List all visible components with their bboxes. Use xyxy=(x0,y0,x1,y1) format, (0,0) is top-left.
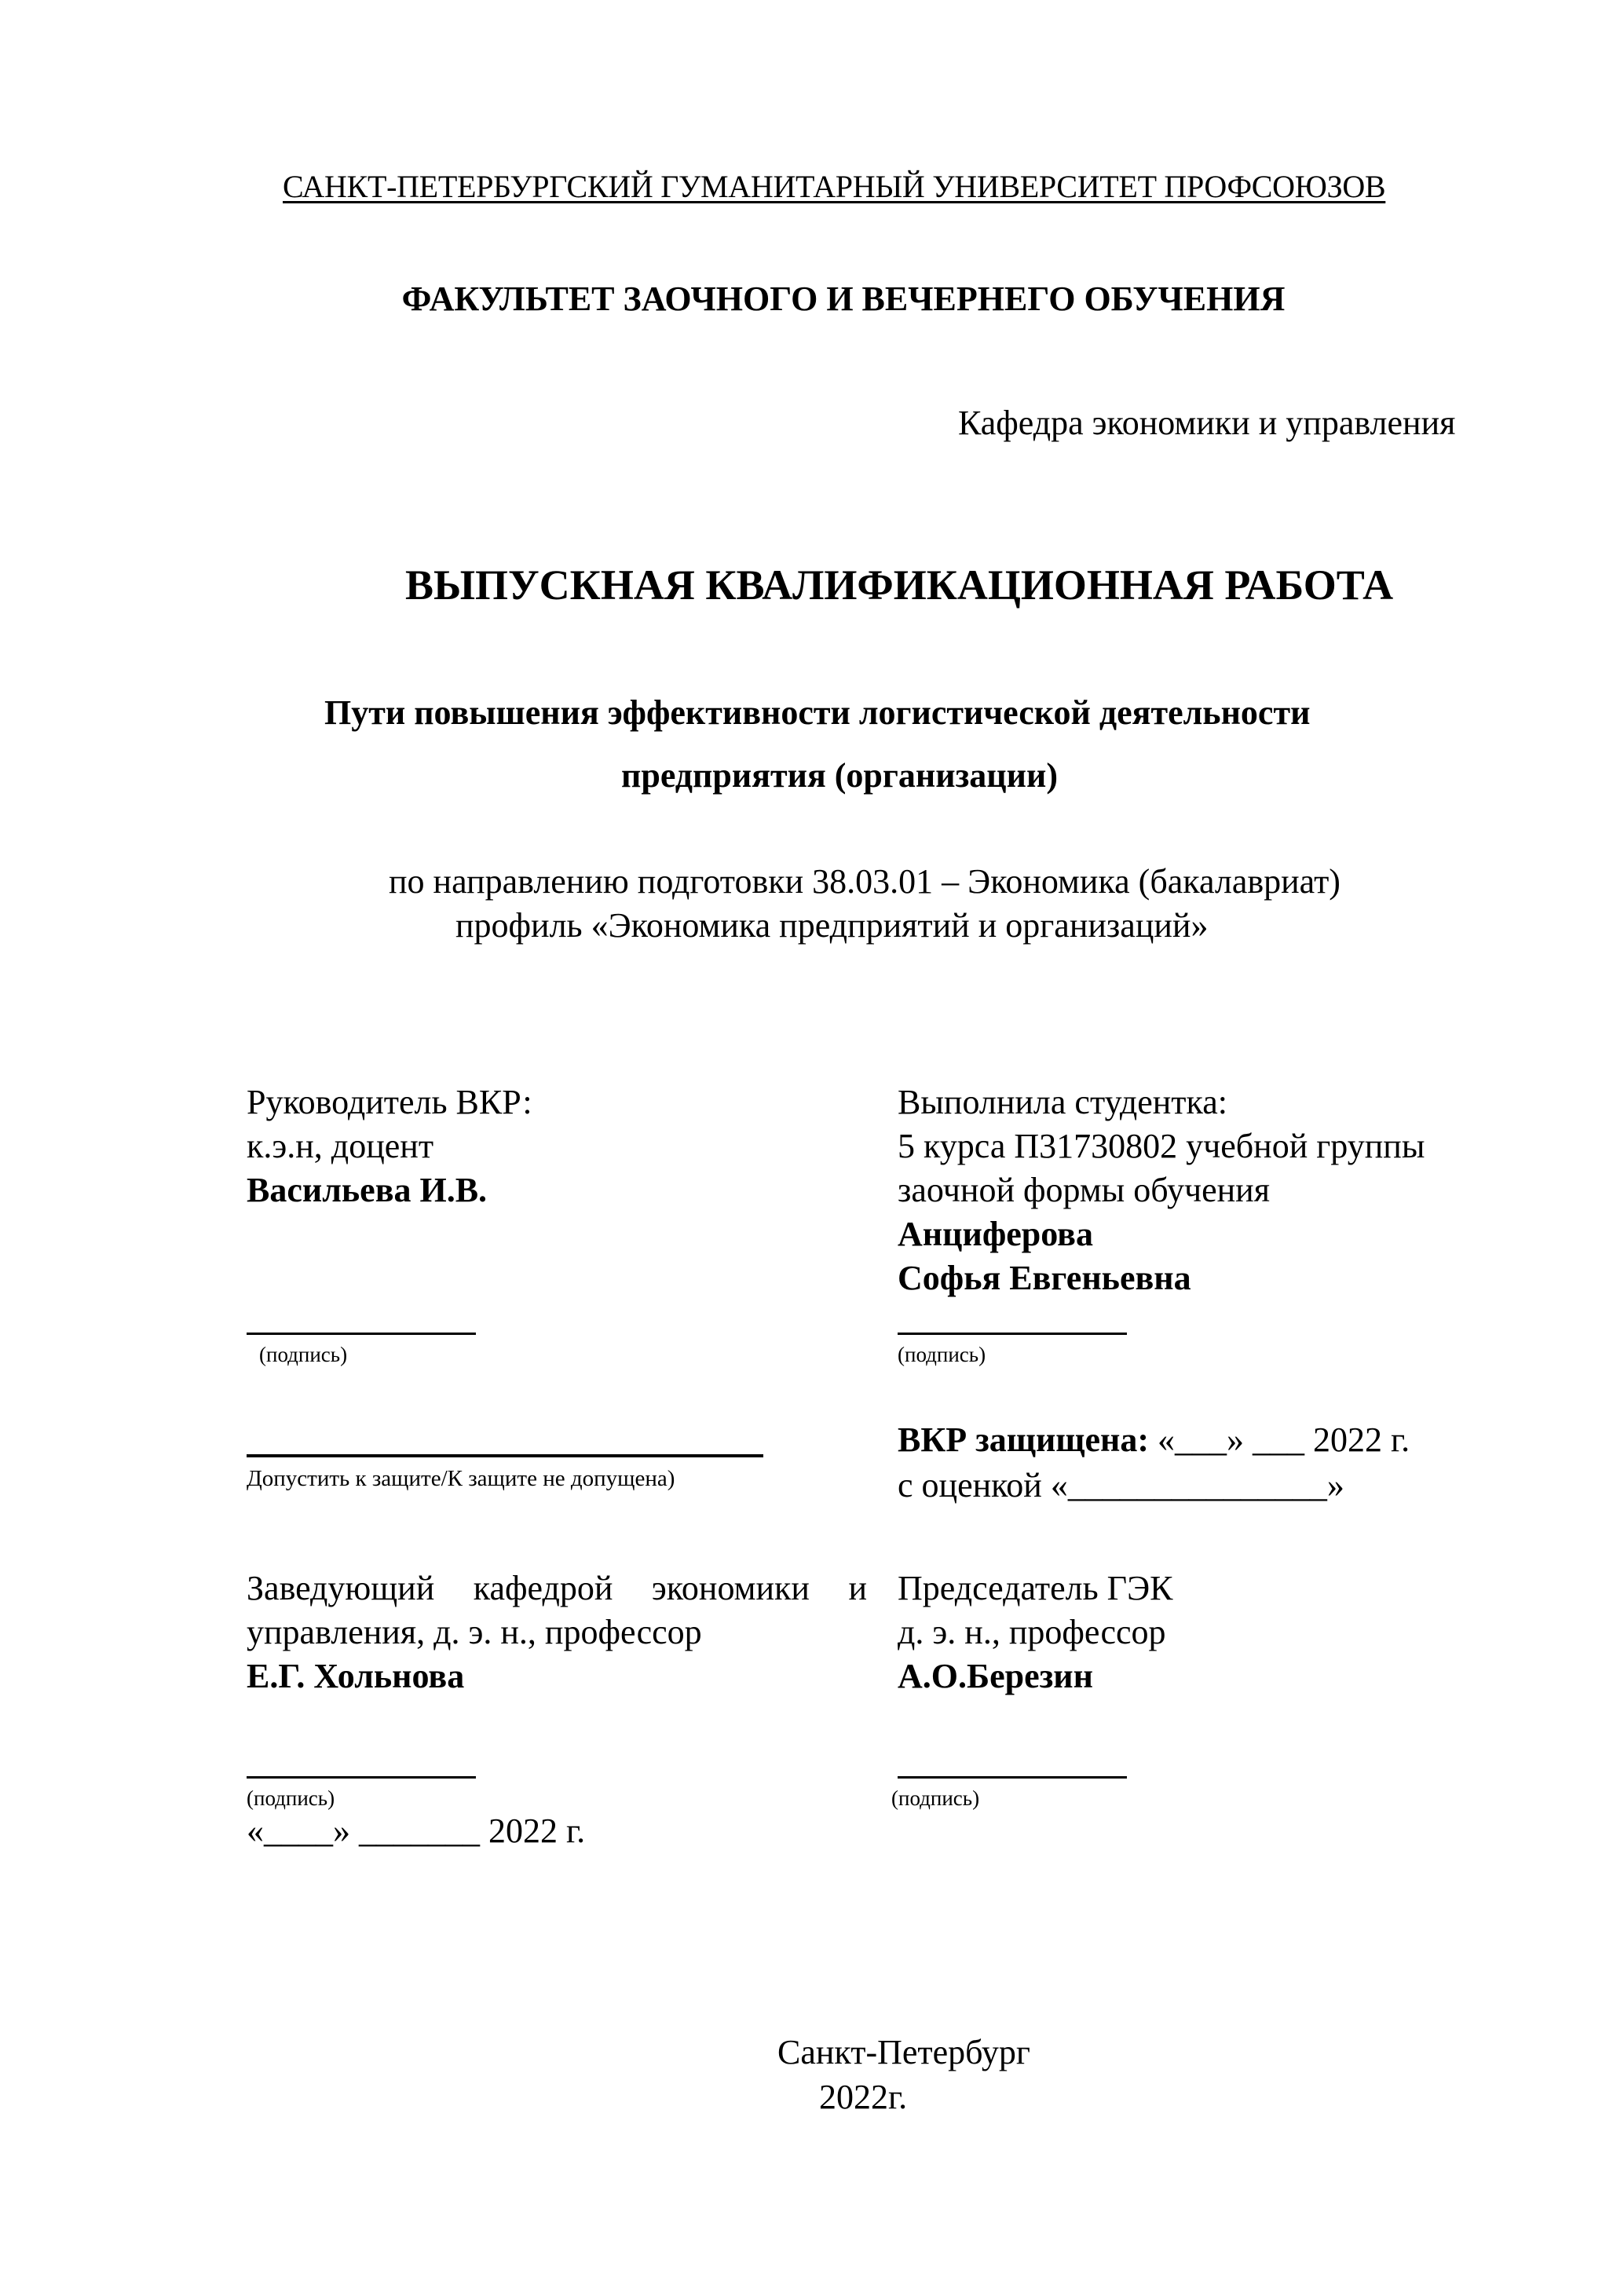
commission-chair-name: А.О.Березин xyxy=(898,1654,1173,1698)
admission-caption: Допустить к защите/К защите не допущена) xyxy=(247,1466,675,1492)
commission-chair-signature-caption: (подпись) xyxy=(891,1786,979,1811)
defense-label: ВКР защищена: xyxy=(898,1420,1149,1459)
department-name: Кафедра экономики и управления xyxy=(958,403,1455,443)
supervisor-block: Руководитель ВКР: к.э.н, доцент Васильев… xyxy=(247,1080,532,1212)
city: Санкт-Петербург xyxy=(777,2032,1030,2072)
faculty-name: ФАКУЛЬТЕТ ЗАОЧНОГО И ВЕЧЕРНЕГО ОБУЧЕНИЯ xyxy=(0,279,1624,319)
student-signature-line xyxy=(898,1333,1127,1335)
commission-chair-signature-line xyxy=(898,1776,1127,1779)
department-head-date: «____» _______ 2022 г. xyxy=(247,1811,585,1851)
department-head-name: Е.Г. Хольнова xyxy=(247,1654,867,1698)
department-head-block: Заведующий кафедрой экономики и управлен… xyxy=(247,1567,867,1698)
admission-decision-line xyxy=(247,1454,763,1457)
supervisor-signature-caption: (подпись) xyxy=(259,1343,347,1367)
student-label: Выполнила студентка: xyxy=(898,1080,1425,1124)
thesis-title-line-2: предприятия (организации) xyxy=(0,755,1624,795)
university-name: САНКТ-ПЕТЕРБУРГСКИЙ ГУМАНИТАРНЫЙ УНИВЕРС… xyxy=(283,168,1385,205)
thesis-title-line-1: Пути повышения эффективности логистическ… xyxy=(324,693,1310,733)
work-type-heading: ВЫПУСКНАЯ КВАЛИФИКАЦИОННАЯ РАБОТА xyxy=(405,561,1393,609)
department-head-signature-caption: (подпись) xyxy=(247,1786,335,1811)
student-block: Выполнила студентка: 5 курса П31730802 у… xyxy=(898,1080,1425,1300)
study-profile: профиль «Экономика предприятий и организ… xyxy=(455,905,1208,945)
supervisor-degree: к.э.н, доцент xyxy=(247,1124,532,1168)
commission-chair-degree: д. э. н., профессор xyxy=(898,1610,1173,1654)
student-given-names: Софья Евгеньевна xyxy=(898,1256,1425,1300)
department-head-signature-line xyxy=(247,1776,476,1779)
year: 2022г. xyxy=(819,2077,907,2117)
student-signature-caption: (подпись) xyxy=(898,1343,986,1367)
department-head-title-1: Заведующий кафедрой экономики и xyxy=(247,1567,867,1610)
department-head-title-2: управления, д. э. н., профессор xyxy=(247,1610,867,1654)
student-surname: Анциферова xyxy=(898,1212,1425,1256)
commission-chair-block: Председатель ГЭК д. э. н., профессор А.О… xyxy=(898,1567,1173,1698)
supervisor-label: Руководитель ВКР: xyxy=(247,1080,532,1124)
supervisor-name: Васильева И.В. xyxy=(247,1168,532,1212)
student-study-form: заочной формы обучения xyxy=(898,1168,1425,1212)
student-group: 5 курса П31730802 учебной группы xyxy=(898,1124,1425,1168)
commission-chair-label: Председатель ГЭК xyxy=(898,1567,1173,1610)
supervisor-signature-line xyxy=(247,1333,476,1335)
defense-date-text: «___» ___ 2022 г. xyxy=(1149,1420,1410,1459)
defense-date: ВКР защищена: «___» ___ 2022 г. xyxy=(898,1420,1410,1460)
study-direction: по направлению подготовки 38.03.01 – Эко… xyxy=(389,861,1341,901)
defense-grade: с оценкой «_______________» xyxy=(898,1465,1344,1505)
